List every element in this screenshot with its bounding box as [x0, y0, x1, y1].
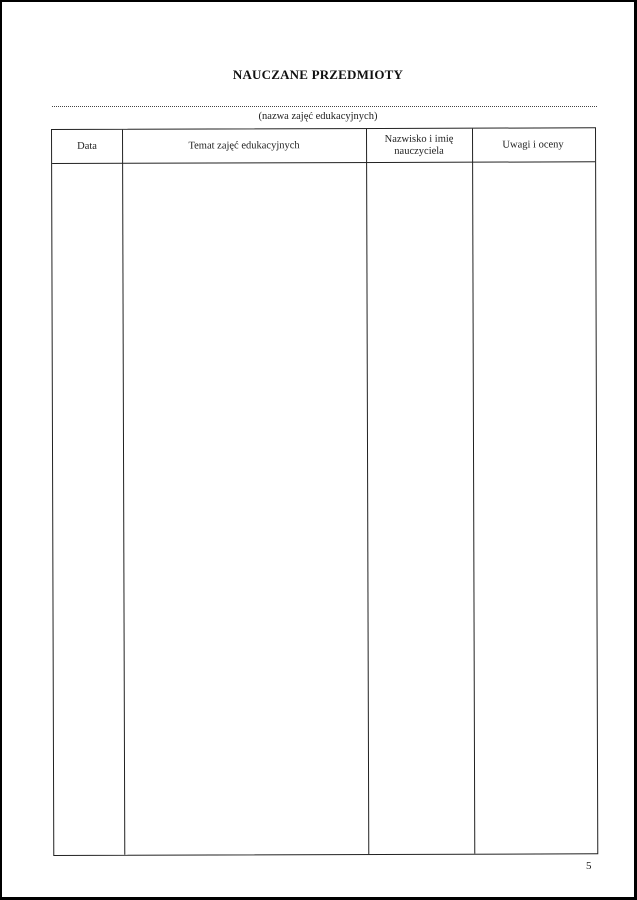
column-header-date: Data	[52, 130, 122, 163]
table-header-row: Data Temat zajęć edukacyjnych Nazwisko i…	[52, 128, 595, 164]
page: NAUCZANE PRZEDMIOTY (nazwa zajęć edukacy…	[0, 0, 637, 900]
column-header-topic: Temat zajęć edukacyjnych	[122, 129, 366, 163]
column-header-notes: Uwagi i oceny	[472, 128, 594, 161]
column-header-teacher: Nazwisko i imię nauczyciela	[366, 129, 472, 162]
page-title: NAUCZANE PRZEDMIOTY	[2, 67, 634, 83]
table-body-empty-entry-area[interactable]	[52, 162, 597, 855]
page-number: 5	[586, 860, 592, 872]
lessons-table: Data Temat zajęć edukacyjnych Nazwisko i…	[51, 127, 598, 856]
subject-name-caption: (nazwa zajęć edukacyjnych)	[2, 111, 634, 122]
subject-name-fill-line[interactable]	[52, 106, 597, 107]
